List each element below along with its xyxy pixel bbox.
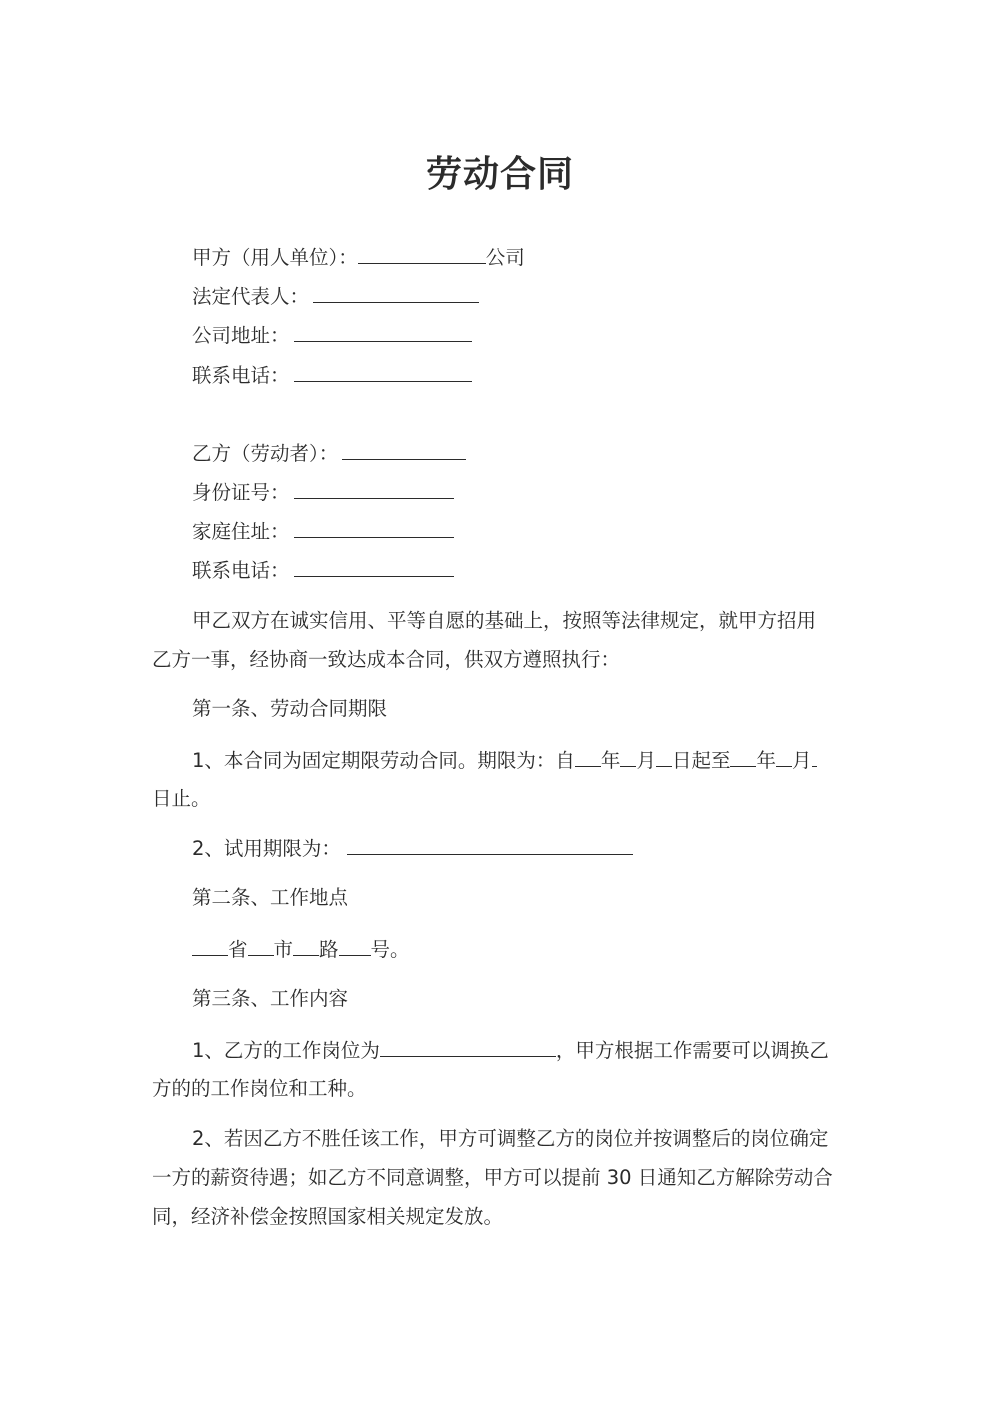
start-month-label: 月 [636,749,656,772]
end-year-blank[interactable] [730,748,756,767]
job-position-field: 1、乙方的工作岗位为，甲方根据工作需要可以调换乙 [192,1038,829,1063]
start-day-blank[interactable] [656,748,672,767]
legal-rep-blank[interactable] [313,284,479,303]
company-address-field: 公司地址： [192,323,472,348]
start-day-label: 日起至 [672,749,731,772]
start-month-blank[interactable] [620,748,636,767]
contract-term-prefix: 1、本合同为固定期限劳动合同。期限为：自 [192,749,575,772]
party-a-phone-field: 联系电话： [192,363,472,388]
legal-rep-label: 法定代表人： [192,285,309,308]
province-label: 省 [228,938,248,961]
home-address-field: 家庭住址： [192,519,454,544]
work-location-field: 省市路号。 [192,937,410,962]
preamble-line-2: 乙方一事，经协商一致达成本合同，供双方遵照执行： [152,648,620,672]
adjustment-line-1: 2、若因乙方不胜任该工作，甲方可调整乙方的岗位并按调整后的岗位确定 [192,1127,828,1151]
party-b-worker-blank[interactable] [342,441,466,460]
home-address-label: 家庭住址： [192,520,290,543]
city-blank[interactable] [248,937,274,956]
road-blank[interactable] [293,937,319,956]
adjustment-line-3: 同，经济补偿金按照国家相关规定发放。 [152,1205,503,1229]
probation-label: 2、试用期限为： [192,837,341,860]
job-position-blank[interactable] [380,1038,556,1057]
id-number-blank[interactable] [294,480,454,499]
number-label: 号。 [371,938,410,961]
party-b-worker-field: 乙方（劳动者）： [192,441,466,466]
party-b-phone-field: 联系电话： [192,558,454,583]
party-b-phone-label: 联系电话： [192,559,290,582]
party-a-company-suffix: 公司 [486,246,525,269]
end-year-label: 年 [756,749,776,772]
job-position-suffix: ，甲方根据工作需要可以调换乙 [556,1039,829,1062]
adjustment-line-2: 一方的薪资待遇；如乙方不同意调整，甲方可以提前 30 日通知乙方解除劳动合 [152,1166,833,1190]
party-a-company-field: 甲方（用人单位）：公司 [192,245,525,270]
id-number-field: 身份证号： [192,480,454,505]
company-address-label: 公司地址： [192,324,290,347]
contract-term-clause: 1、本合同为固定期限劳动合同。期限为：自年月日起至年月 [192,748,817,773]
probation-field: 2、试用期限为： [192,836,633,861]
company-address-blank[interactable] [294,323,472,342]
document-title: 劳动合同 [0,146,1000,197]
probation-blank[interactable] [347,836,633,855]
home-address-blank[interactable] [294,519,454,538]
id-number-label: 身份证号： [192,481,290,504]
number-blank[interactable] [339,937,371,956]
party-a-phone-blank[interactable] [294,363,472,382]
job-position-label: 1、乙方的工作岗位为 [192,1039,380,1062]
party-a-company-blank[interactable] [358,245,486,264]
legal-rep-field: 法定代表人： [192,284,479,309]
party-b-phone-blank[interactable] [294,558,454,577]
article-2-heading: 第二条、工作地点 [192,886,348,910]
party-a-company-label: 甲方（用人单位）： [192,246,358,269]
road-label: 路 [319,938,339,961]
party-a-phone-label: 联系电话： [192,364,290,387]
party-b-worker-label: 乙方（劳动者）： [192,442,338,465]
article-3-heading: 第三条、工作内容 [192,987,348,1011]
end-month-label: 月 [792,749,812,772]
contract-term-end: 日止。 [152,787,211,811]
start-year-label: 年 [601,749,621,772]
job-position-line-2: 方的的工作岗位和工种。 [152,1077,367,1101]
province-blank[interactable] [192,937,228,956]
end-day-blank[interactable] [812,748,817,767]
article-1-heading: 第一条、劳动合同期限 [192,697,387,721]
start-year-blank[interactable] [575,748,601,767]
city-label: 市 [274,938,294,961]
preamble-line-1: 甲乙双方在诚实信用、平等自愿的基础上，按照等法律规定，就甲方招用 [192,609,816,633]
document-page: 劳动合同 甲方（用人单位）：公司 法定代表人： 公司地址： 联系电话： 乙方（劳… [0,0,1000,1415]
end-month-blank[interactable] [776,748,792,767]
